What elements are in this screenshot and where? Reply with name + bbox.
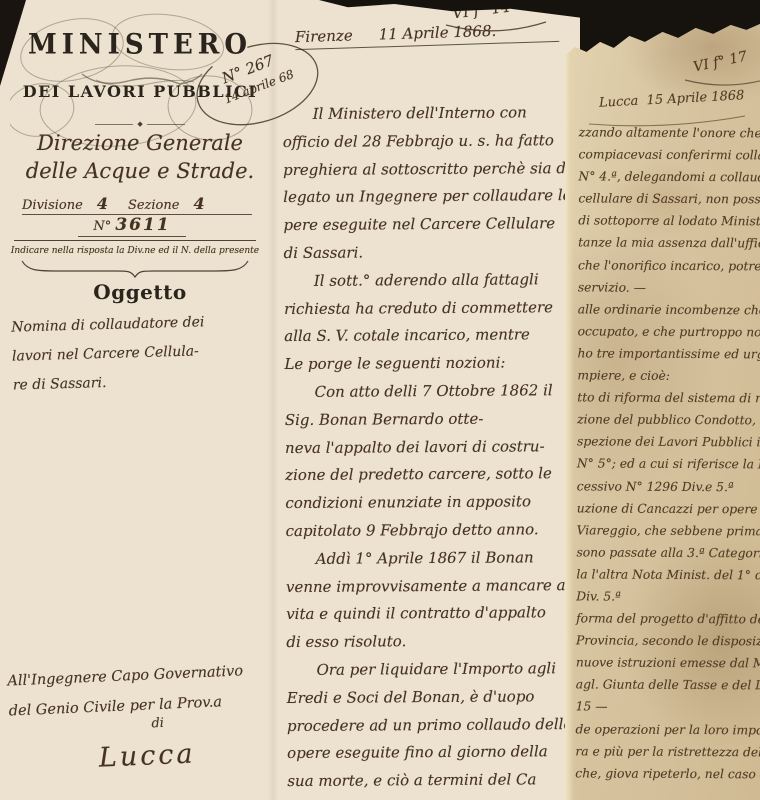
folio-mark-right: VI f° 17 xyxy=(692,49,749,76)
diamond-ornament-icon: ◆ xyxy=(137,120,142,128)
handwritten-line: di Sassari. xyxy=(284,238,584,268)
handwritten-line: Div. 5.ª xyxy=(576,585,760,608)
ornament-divider: ◆ xyxy=(95,120,185,128)
handwritten-line: 15 — xyxy=(576,696,760,719)
handwritten-line: de operazioni per la loro importan xyxy=(575,718,760,741)
handwritten-line: pere eseguite nel Carcere Cellulare xyxy=(283,210,583,240)
handwritten-line: mpiere, e cioè: xyxy=(577,364,760,387)
horizontal-rule xyxy=(14,240,256,241)
handwritten-line: ra e più per la ristrettezza del person xyxy=(575,740,760,763)
handwritten-line: tanze la mia assenza dall'ufficio p xyxy=(578,232,760,255)
second-page-date: 15 Aprile 1868 xyxy=(646,88,744,108)
second-page-place: Lucca xyxy=(599,94,639,111)
letter-place: Firenze xyxy=(295,26,353,46)
handwritten-line: nuove istruzioni emesse dal Minist xyxy=(576,652,760,675)
handwritten-line: legato un Ingegnere per collaudare le o- xyxy=(283,182,583,212)
handwritten-line: opere eseguite fino al giorno della xyxy=(287,738,587,768)
handwritten-line: Sig. Bonan Bernardo otte- xyxy=(285,405,585,435)
handwritten-line: servizio. — xyxy=(578,276,760,299)
divisione-value: 4 xyxy=(97,194,108,213)
handwritten-line: uzione di Cancazzi per opere idrauli xyxy=(577,497,760,520)
handwritten-line: N° 4.ª, delegandomi a collaudare le o xyxy=(578,166,760,189)
handwritten-line: alla S. V. cotale incarico, mentre xyxy=(284,321,584,351)
scanned-document: MINISTERO DEI LAVORI PUBBLICI ◆ Direzion… xyxy=(0,0,760,800)
addressee-block: All'Ingegnere Capo Governativodel Genio … xyxy=(7,653,309,726)
handwritten-line: procedere ad un primo collaudo delle xyxy=(287,710,587,740)
second-page-dateline: Lucca 15 Aprile 1868 xyxy=(599,88,745,111)
second-page-body-text: zzando altamente l'onore che calcompiace… xyxy=(575,121,760,785)
addressee-di: di xyxy=(151,716,164,732)
handwritten-line: zione del predetto carcere, sotto le xyxy=(285,460,585,490)
letter-dateline: Firenze11 Aprile 1868. xyxy=(295,20,560,50)
handwritten-line: cessivo N° 1296 Div.e 5.ª xyxy=(577,475,760,498)
sezione-value: 4 xyxy=(193,194,204,213)
handwritten-line: ho tre importantissime ed urgentissi xyxy=(577,342,760,365)
addressee-city: Lucca xyxy=(98,738,196,773)
handwritten-line: occupato, e che purtroppo non mi la xyxy=(578,320,760,343)
handwritten-line: che, giova ripeterlo, nel caso d'un'as xyxy=(575,762,760,785)
handwritten-line: preghiera al sottoscritto perchè sia de- xyxy=(283,155,583,185)
handwritten-line: vita e quindi il contratto d'appalto xyxy=(286,599,586,629)
handwritten-line: cellulare di Sassari, non posso dispe xyxy=(578,188,760,211)
handwritten-line: condizioni enunziate in apposito xyxy=(285,488,585,518)
protocol-number-line: N° 3611 xyxy=(78,215,186,237)
reply-instruction-note: Indicare nella risposta la Div.ne ed il … xyxy=(8,246,262,256)
divisione-label: Divisione xyxy=(22,198,83,213)
letter-body-text: Il Ministero dell'Interno conofficio del… xyxy=(283,99,588,796)
handwritten-line: compiacevasi conferirmi colla Nota d xyxy=(579,143,760,166)
underbrace-ornament xyxy=(18,258,252,278)
left-page: MINISTERO DEI LAVORI PUBBLICI ◆ Direzion… xyxy=(0,0,580,800)
handwritten-line: che l'onorifico incarico, potrebbe re xyxy=(578,254,760,277)
handwritten-line: spezione dei Lavori Pubblici in ad xyxy=(577,431,760,454)
handwritten-line: Addì 1° Aprile 1867 il Bonan xyxy=(316,544,586,574)
handwritten-line: Le porge le seguenti nozioni: xyxy=(284,349,584,379)
folio-underline-curve-right xyxy=(683,76,760,90)
handwritten-line: agl. Giunta delle Tasse e del Demanio xyxy=(576,674,760,697)
handwritten-line: Con atto delli 7 Ottobre 1862 il xyxy=(315,377,585,407)
handwritten-line: Provincia, secondo le disposizioni del xyxy=(576,630,760,653)
handwritten-line: Il Ministero dell'Interno con xyxy=(313,99,583,129)
handwritten-line: N° 5°; ed a cui si riferisce la Nota xyxy=(577,453,760,476)
handwritten-line: di esso risoluto. xyxy=(286,627,586,657)
handwritten-line: capitolato 9 Febbrajo detto anno. xyxy=(285,516,585,546)
handwritten-line: Viareggio, che sebbene prima man xyxy=(577,519,760,542)
oggetto-heading: Oggetto xyxy=(20,280,260,304)
handwritten-line: zzando altamente l'onore che cal xyxy=(579,121,760,144)
handwritten-line: tto di riforma del sistema di ripart xyxy=(577,386,760,409)
handwritten-line: forma del progetto d'affitto dei Cana xyxy=(576,607,760,630)
handwritten-line: sono passate alla 3.ª Categoria; ed xyxy=(576,541,760,564)
letter-date: 11 Aprile 1868. xyxy=(378,22,496,44)
handwritten-line: Il sott.° aderendo alla fattagli xyxy=(314,266,584,296)
handwritten-line: Eredi e Soci del Bonan, è d'uopo xyxy=(287,683,587,713)
handwritten-line: neva l'appalto dei lavori di costru- xyxy=(285,433,585,463)
divisione-sezione-line: Divisione4Sezione4 xyxy=(22,194,252,215)
handwritten-line: zione del pubblico Condotto, secondo il xyxy=(577,409,760,432)
sezione-label: Sezione xyxy=(128,198,180,213)
handwritten-line: sua morte, e ciò a termini del Ca xyxy=(287,766,587,796)
numero-label: N° xyxy=(93,219,111,234)
handwritten-line: Ora per liquidare l'Importo agli xyxy=(316,655,586,685)
handwritten-line: la l'altra Nota Minist. del 1° corr xyxy=(576,563,760,586)
oggetto-text: Nomina di collaudatore deilavori nel Car… xyxy=(11,306,269,400)
right-page: VI f° 17 Lucca 15 Aprile 1868 zzando alt… xyxy=(565,0,760,800)
numero-value: 3611 xyxy=(115,215,170,235)
handwritten-line: venne improvvisamente a mancare a xyxy=(286,571,586,601)
handwritten-line: officio del 28 Febbrajo u. s. ha fatto xyxy=(283,127,583,157)
direzione-line2: delle Acque e Strade. xyxy=(20,159,260,183)
handwritten-line: di sottoporre al lodato Ministero, co xyxy=(578,210,760,233)
handwritten-line: alle ordinarie incombenze che mi xyxy=(578,298,760,321)
handwritten-line: re di Sassari. xyxy=(12,364,269,400)
handwritten-line: richiesta ha creduto di commettere xyxy=(284,294,584,324)
